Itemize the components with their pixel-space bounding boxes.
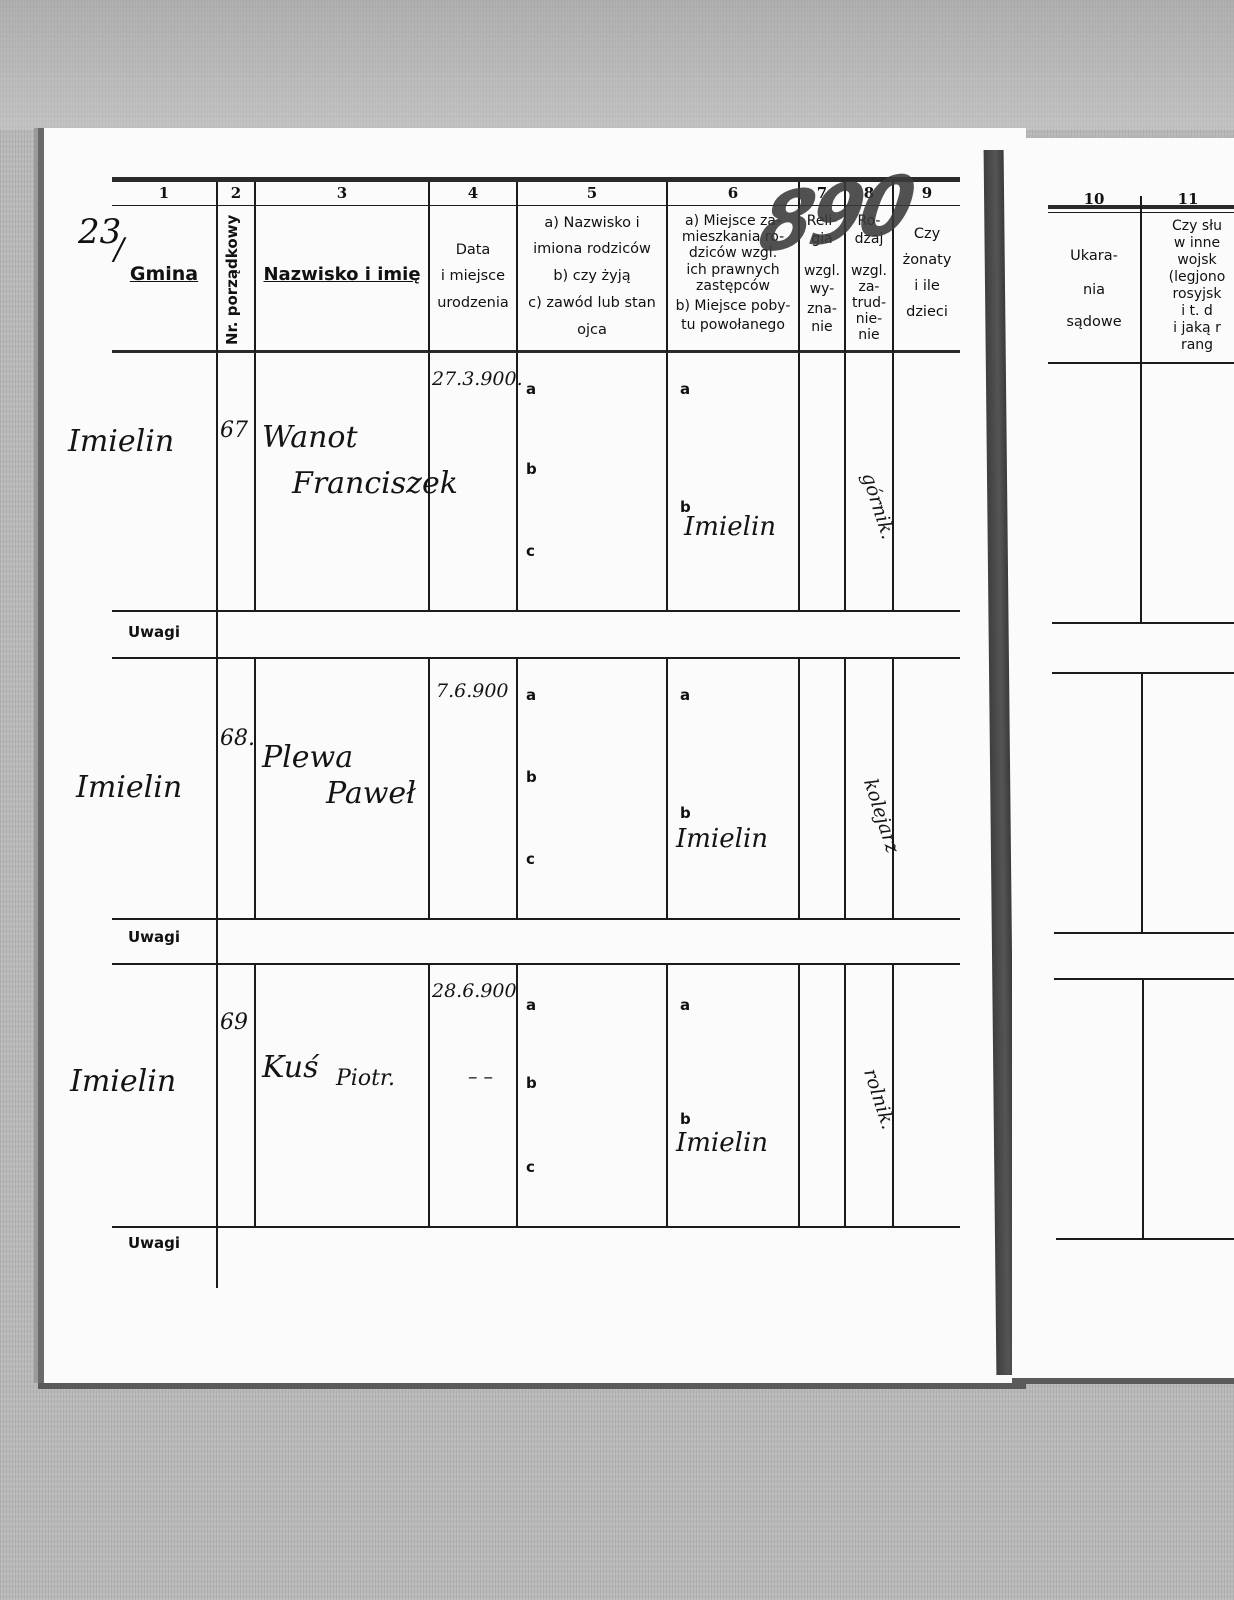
page-mark-slash: / — [114, 232, 124, 267]
right-row-rule — [1056, 1238, 1234, 1240]
header-col11-line4: (legjono — [1142, 268, 1234, 286]
entry-residence-b: Imielin — [676, 824, 768, 854]
row-rule — [112, 610, 960, 612]
header-col11-line2: w inne — [1142, 234, 1234, 252]
header-col10-line2: nia — [1048, 280, 1140, 301]
sub-letter-a: a — [526, 380, 536, 398]
row-divider — [798, 965, 800, 1226]
sub-letter-a: a — [526, 996, 536, 1014]
entry-surname: Kuś — [262, 1050, 318, 1085]
sub-letter-c: c — [526, 850, 535, 868]
row-divider — [254, 353, 256, 610]
header-col11-line1: Czy słu — [1142, 217, 1234, 235]
header-col7-line3: wzgl. — [800, 262, 844, 280]
remarks-label: Uwagi — [128, 1234, 180, 1252]
row-divider — [254, 965, 256, 1226]
header-col6-line6: b) Miejsce poby- — [668, 297, 798, 315]
row-divider — [428, 659, 430, 918]
right-row-rule — [1054, 932, 1234, 934]
header-col10-line3: sądowe — [1048, 312, 1140, 333]
header-col7-line6: nie — [800, 318, 844, 336]
row-divider — [666, 965, 668, 1226]
sub-letter-a: a — [526, 686, 536, 704]
row-divider — [216, 353, 218, 610]
row-divider — [666, 353, 668, 610]
header-col5-line3: b) czy żyją — [518, 266, 666, 287]
entry-given-name: Paweł — [326, 776, 416, 811]
entry-birth-date: 27.3.900. — [432, 368, 523, 390]
row-rule — [112, 963, 960, 965]
header-data-line3: urodzenia — [430, 293, 516, 314]
row-divider — [844, 965, 846, 1226]
header-col11-line7: i jaką r — [1142, 319, 1234, 337]
header-col7-line5: zna- — [800, 300, 844, 318]
remarks-divider — [216, 612, 218, 658]
right-row-rule — [1052, 672, 1234, 674]
header-col10-line1: Ukara- — [1048, 246, 1140, 267]
entry-gmina: Imielin — [76, 770, 182, 805]
column-number-10: 10 — [1048, 190, 1140, 212]
entry-nr: 69 — [220, 1010, 248, 1035]
column-number-5: 5 — [518, 184, 666, 206]
row-divider — [254, 659, 256, 918]
remarks-divider — [216, 1228, 218, 1288]
header-col8-line7: nie — [846, 326, 892, 344]
scan-background — [0, 0, 1234, 130]
row-divider — [844, 353, 846, 610]
row-divider — [516, 353, 518, 610]
entry-nr: 67 — [220, 418, 248, 443]
header-col11-line6: i t. d — [1142, 302, 1234, 320]
column-number-4: 4 — [430, 184, 516, 206]
entry-given-name: Franciszek — [292, 466, 458, 501]
row-divider — [516, 659, 518, 918]
entry-gmina: Imielin — [68, 424, 174, 459]
header-divider — [216, 182, 218, 352]
right-row-rule — [1052, 622, 1234, 624]
sub-letter-a: a — [680, 380, 690, 398]
row-divider — [216, 659, 218, 918]
header-nazwisko-imie: Nazwisko i imię — [256, 264, 428, 285]
header-col5-line4: c) zawód lub stan — [518, 293, 666, 314]
row-divider — [892, 659, 894, 918]
sub-letter-c: c — [526, 542, 535, 560]
header-col6-line5: zastępców — [668, 277, 798, 295]
header-gmina: Gmina — [112, 264, 216, 285]
row-divider — [516, 965, 518, 1226]
entry-nr: 68. — [220, 726, 255, 751]
row-divider — [428, 965, 430, 1226]
row-divider — [844, 659, 846, 918]
remarks-divider — [216, 920, 218, 964]
sub-letter-b: b — [680, 1110, 691, 1128]
entry-residence-b: Imielin — [676, 1128, 768, 1158]
header-col7-line4: wy- — [800, 280, 844, 298]
header-col11-line8: rang — [1142, 336, 1234, 354]
header-col5-line5: ojca — [518, 320, 666, 341]
row-rule — [112, 657, 960, 659]
entry-birth-date: 28.6.900 — [432, 980, 517, 1002]
sub-letter-b: b — [526, 768, 537, 786]
sub-letter-b: b — [526, 1074, 537, 1092]
sub-letter-a: a — [680, 686, 690, 704]
right-row-divider — [1140, 364, 1142, 622]
header-col5-line1: a) Nazwisko i — [518, 213, 666, 234]
header-bottom-rule — [112, 350, 960, 353]
sub-letter-b: b — [680, 804, 691, 822]
entry-gmina: Imielin — [70, 1064, 176, 1099]
header-data-line2: i miejsce — [430, 266, 516, 287]
header-col9-line4: dzieci — [894, 302, 960, 323]
entry-birth-place: – – — [468, 1066, 493, 1088]
remarks-label: Uwagi — [128, 928, 180, 946]
header-col11-line5: rosyjsk — [1142, 285, 1234, 303]
entry-birth-date: 7.6.900 — [436, 680, 509, 702]
entry-given-name: Piotr. — [336, 1066, 395, 1091]
sub-letter-a: a — [680, 996, 690, 1014]
row-divider — [892, 965, 894, 1226]
column-number-11: 11 — [1142, 190, 1234, 212]
column-number-2: 2 — [218, 184, 254, 206]
remarks-label: Uwagi — [128, 623, 180, 641]
row-divider — [798, 659, 800, 918]
column-number-3: 3 — [256, 184, 428, 206]
header-col9-line2: żonaty — [894, 250, 960, 271]
header-col9-line3: i ile — [894, 276, 960, 297]
row-divider — [666, 659, 668, 918]
right-row-divider — [1142, 980, 1144, 1238]
header-col11-line3: wojsk — [1142, 251, 1234, 269]
entry-residence-b: Imielin — [684, 512, 776, 542]
header-nr-porzadkowy: Nr. porządkowy — [222, 212, 243, 348]
header-data-line1: Data — [430, 240, 516, 261]
row-divider — [216, 965, 218, 1226]
column-number-1: 1 — [112, 184, 216, 206]
row-divider — [798, 353, 800, 610]
row-rule — [112, 918, 960, 920]
sub-letter-c: c — [526, 1158, 535, 1176]
entry-surname: Plewa — [262, 740, 353, 775]
entry-surname: Wanot — [262, 420, 358, 455]
sub-letter-b: b — [526, 460, 537, 478]
right-row-rule — [1054, 978, 1234, 980]
row-rule — [112, 1226, 960, 1228]
row-divider — [892, 353, 894, 610]
header-col6-line7: tu powołanego — [668, 316, 798, 334]
header-col5-line2: imiona rodziców — [518, 239, 666, 260]
right-row-divider — [1141, 674, 1143, 932]
